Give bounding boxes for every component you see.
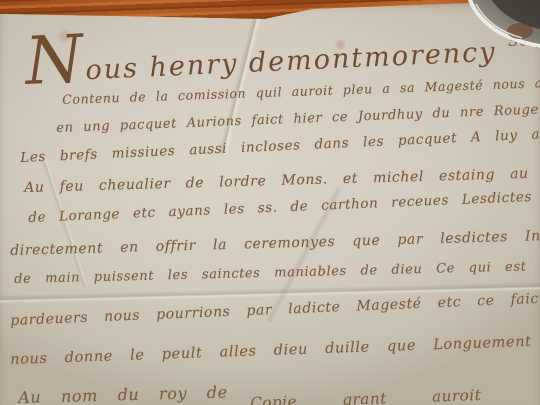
manuscript-line-10: Au nom du roy de bbox=[18, 383, 228, 405]
manuscript-line-11: Copie grant auroit bbox=[250, 386, 482, 405]
manuscript-photo: Nous henry demontmorencySeigneur de damp… bbox=[0, 0, 540, 405]
parchment-document: Nous henry demontmorencySeigneur de damp… bbox=[0, 0, 540, 405]
manuscript-line-8: pardeuers nous pourrions par ladicte Mag… bbox=[10, 289, 540, 329]
metal-object bbox=[462, 0, 540, 58]
manuscript-line-9: nous donne le peult alles dieu duille qu… bbox=[10, 332, 540, 368]
manuscript-line-7: de main puissent les sainctes maniables … bbox=[14, 257, 540, 287]
heading-initial: N bbox=[24, 31, 84, 90]
manuscript-line-6: directement en offrir la ceremonyes que … bbox=[10, 227, 540, 259]
